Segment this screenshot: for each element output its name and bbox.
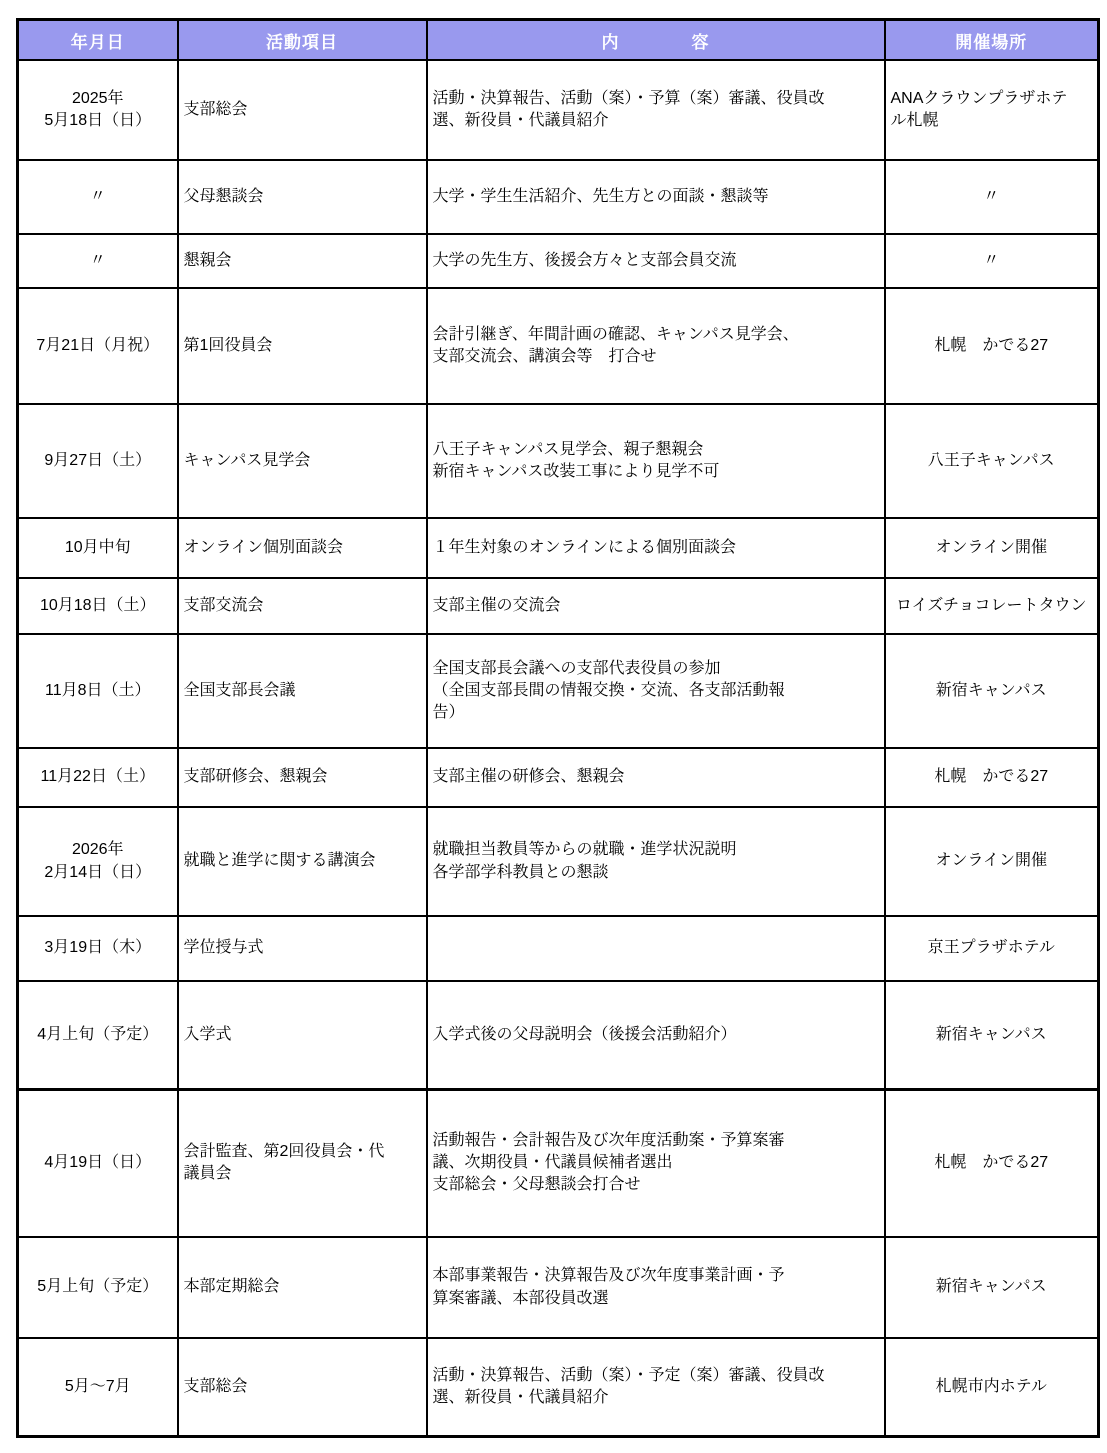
venue-cell: 〃 <box>885 234 1099 288</box>
activity-cell: 第1回役員会 <box>178 288 427 404</box>
venue-cell: 札幌市内ホテル <box>885 1338 1099 1436</box>
table-row: 〃懇親会大学の先生方、後援会方々と支部会員交流〃 <box>18 234 1099 288</box>
date-cell: 〃 <box>18 234 178 288</box>
activity-cell: 入学式 <box>178 981 427 1089</box>
table-body: 2025年 5月18日（日）支部総会活動・決算報告、活動（案）・予算（案）審議、… <box>18 60 1099 1436</box>
activity-cell: 父母懇談会 <box>178 160 427 234</box>
date-cell: 11月22日（土） <box>18 748 178 807</box>
table-row: 11月8日（土）全国支部長会議全国支部長会議への支部代表役員の参加 （全国支部長… <box>18 634 1099 748</box>
table-row: 5月〜7月支部総会活動・決算報告、活動（案）・予定（案）審議、役員改 選、新役員… <box>18 1338 1099 1436</box>
content-cell: 活動・決算報告、活動（案）・予算（案）審議、役員改 選、新役員・代議員紹介 <box>427 60 885 160</box>
activity-cell: オンライン個別面談会 <box>178 518 427 578</box>
header-venue: 開催場所 <box>885 20 1099 61</box>
content-cell: 活動報告・会計報告及び次年度活動案・予算案審 議、次期役員・代議員候補者選出 支… <box>427 1089 885 1237</box>
content-cell: 大学の先生方、後援会方々と支部会員交流 <box>427 234 885 288</box>
content-cell <box>427 916 885 981</box>
date-cell: 3月19日（木） <box>18 916 178 981</box>
date-cell: 4月上旬（予定） <box>18 981 178 1089</box>
table-row: 10月中旬オンライン個別面談会１年生対象のオンラインによる個別面談会オンライン開… <box>18 518 1099 578</box>
venue-cell: 札幌 かでる27 <box>885 288 1099 404</box>
venue-cell: 八王子キャンパス <box>885 404 1099 518</box>
venue-cell: ANAクラウンプラザホテ ル札幌 <box>885 60 1099 160</box>
date-cell: 10月中旬 <box>18 518 178 578</box>
date-cell: 〃 <box>18 160 178 234</box>
table-row: 4月上旬（予定）入学式入学式後の父母説明会（後援会活動紹介）新宿キャンパス <box>18 981 1099 1089</box>
table-row: 5月上旬（予定）本部定期総会本部事業報告・決算報告及び次年度事業計画・予 算案審… <box>18 1237 1099 1338</box>
content-cell: 会計引継ぎ、年間計画の確認、キャンパス見学会、 支部交流会、講演会等 打合せ <box>427 288 885 404</box>
venue-cell: 〃 <box>885 160 1099 234</box>
content-cell: 大学・学生生活紹介、先生方との面談・懇談等 <box>427 160 885 234</box>
date-cell: 2026年 2月14日（日） <box>18 807 178 916</box>
activity-cell: キャンパス見学会 <box>178 404 427 518</box>
activity-cell: 支部研修会、懇親会 <box>178 748 427 807</box>
venue-cell: ロイズチョコレートタウン <box>885 578 1099 634</box>
venue-cell: 新宿キャンパス <box>885 634 1099 748</box>
table-row: 〃父母懇談会大学・学生生活紹介、先生方との面談・懇談等〃 <box>18 160 1099 234</box>
venue-cell: 京王プラザホテル <box>885 916 1099 981</box>
content-cell: 本部事業報告・決算報告及び次年度事業計画・予 算案審議、本部役員改選 <box>427 1237 885 1338</box>
table-row: 10月18日（土）支部交流会支部主催の交流会ロイズチョコレートタウン <box>18 578 1099 634</box>
venue-cell: 新宿キャンパス <box>885 1237 1099 1338</box>
table-row: 9月27日（土）キャンパス見学会八王子キャンパス見学会、親子懇親会 新宿キャンパ… <box>18 404 1099 518</box>
table-row: 11月22日（土）支部研修会、懇親会支部主催の研修会、懇親会札幌 かでる27 <box>18 748 1099 807</box>
date-cell: 5月上旬（予定） <box>18 1237 178 1338</box>
date-cell: 10月18日（土） <box>18 578 178 634</box>
activity-cell: 全国支部長会議 <box>178 634 427 748</box>
venue-cell: 新宿キャンパス <box>885 981 1099 1089</box>
content-cell: 活動・決算報告、活動（案）・予定（案）審議、役員改 選、新役員・代議員紹介 <box>427 1338 885 1436</box>
date-cell: 5月〜7月 <box>18 1338 178 1436</box>
venue-cell: 札幌 かでる27 <box>885 748 1099 807</box>
activity-cell: 学位授与式 <box>178 916 427 981</box>
table-row: 2025年 5月18日（日）支部総会活動・決算報告、活動（案）・予算（案）審議、… <box>18 60 1099 160</box>
activity-cell: 懇親会 <box>178 234 427 288</box>
date-cell: 11月8日（土） <box>18 634 178 748</box>
content-cell: 全国支部長会議への支部代表役員の参加 （全国支部長間の情報交換・交流、各支部活動… <box>427 634 885 748</box>
content-cell: 八王子キャンパス見学会、親子懇親会 新宿キャンパス改装工事により見学不可 <box>427 404 885 518</box>
header-date: 年月日 <box>18 20 178 61</box>
table-row: 2026年 2月14日（日）就職と進学に関する講演会就職担当教員等からの就職・進… <box>18 807 1099 916</box>
venue-cell: オンライン開催 <box>885 807 1099 916</box>
venue-cell: 札幌 かでる27 <box>885 1089 1099 1237</box>
content-cell: 支部主催の研修会、懇親会 <box>427 748 885 807</box>
date-cell: 7月21日（月祝） <box>18 288 178 404</box>
content-cell: １年生対象のオンラインによる個別面談会 <box>427 518 885 578</box>
date-cell: 4月19日（日） <box>18 1089 178 1237</box>
activity-cell: 就職と進学に関する講演会 <box>178 807 427 916</box>
date-cell: 2025年 5月18日（日） <box>18 60 178 160</box>
table-row: 3月19日（木）学位授与式京王プラザホテル <box>18 916 1099 981</box>
activity-cell: 支部交流会 <box>178 578 427 634</box>
content-cell: 支部主催の交流会 <box>427 578 885 634</box>
activity-cell: 支部総会 <box>178 60 427 160</box>
header-content: 内 容 <box>427 20 885 61</box>
venue-cell: オンライン開催 <box>885 518 1099 578</box>
activity-cell: 本部定期総会 <box>178 1237 427 1338</box>
header-row: 年月日 活動項目 内 容 開催場所 <box>18 20 1099 61</box>
table-row: 7月21日（月祝）第1回役員会会計引継ぎ、年間計画の確認、キャンパス見学会、 支… <box>18 288 1099 404</box>
activity-cell: 会計監査、第2回役員会・代 議員会 <box>178 1089 427 1237</box>
table-row: 4月19日（日）会計監査、第2回役員会・代 議員会活動報告・会計報告及び次年度活… <box>18 1089 1099 1237</box>
activity-schedule-table: 年月日 活動項目 内 容 開催場所 2025年 5月18日（日）支部総会活動・決… <box>16 18 1100 1438</box>
date-cell: 9月27日（土） <box>18 404 178 518</box>
content-cell: 就職担当教員等からの就職・進学状況説明 各学部学科教員との懇談 <box>427 807 885 916</box>
content-cell: 入学式後の父母説明会（後援会活動紹介） <box>427 981 885 1089</box>
header-activity: 活動項目 <box>178 20 427 61</box>
activity-cell: 支部総会 <box>178 1338 427 1436</box>
